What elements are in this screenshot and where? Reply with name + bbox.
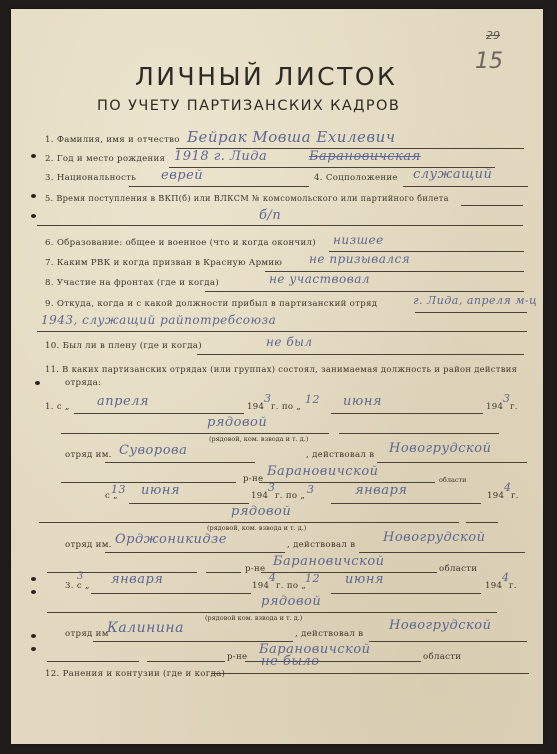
unit-3-area-line [369, 641, 527, 642]
field-5-line-a [461, 205, 523, 206]
field-5-label: 5. Время поступления в ВКП(б) или ВЛКСМ … [45, 193, 449, 203]
field-10-label: 10. Был ли в плену (где и когда) [45, 341, 202, 351]
field-2-struck: Барановичская [309, 149, 421, 164]
field-12-value: не было [261, 654, 320, 669]
unit-2-to-year: 194 [487, 491, 504, 501]
punch-hole [35, 381, 40, 385]
unit-2-detachment-label: отряд им. [65, 540, 112, 550]
unit-2-oblast-label: области [439, 564, 477, 574]
unit-2-position: рядовой [231, 504, 291, 519]
punch-hole [31, 647, 36, 651]
unit-1-position-line-2 [339, 433, 499, 434]
punch-hole [31, 634, 36, 638]
field-9-label: 9. Откуда, когда и с какой должности при… [45, 299, 377, 309]
unit-1-district: Барановичской [267, 464, 379, 479]
field-12-line [211, 673, 529, 674]
unit-1-position-line [61, 433, 329, 434]
unit-1-to-day: 12 [305, 393, 320, 406]
unit-3-position: рядовой [261, 594, 321, 609]
document-title: ЛИЧНЫЙ ЛИСТОК [135, 62, 397, 91]
field-11-label-2: отряда: [65, 378, 101, 388]
unit-2-detachment-line [105, 552, 285, 553]
field-1-value: Бейрак Мовша Ехилевич [187, 128, 396, 146]
corner-number: 29 [486, 29, 500, 42]
unit-3-to-year: 194 [485, 581, 502, 591]
unit-2-to-month: января [355, 483, 407, 498]
unit-3-to-line [331, 593, 481, 594]
field-3-label: 3. Национальность [45, 173, 136, 183]
unit-2-position-line [39, 522, 459, 523]
document-subtitle: ПО УЧЕТУ ПАРТИЗАНСКИХ КАДРОВ [97, 98, 400, 114]
unit-3-to-day: 12 [305, 572, 320, 585]
field-2-value: 1918 г. Лида [174, 149, 267, 164]
field-2-label: 2. Год и место рождения [45, 154, 165, 164]
unit-2-from-month: июня [141, 483, 180, 498]
unit-1-from-month: апреля [97, 394, 149, 409]
field-7-value: не призывался [309, 252, 410, 266]
unit-2-detachment: Орджоникидзе [115, 532, 227, 547]
unit-1-to-month: июня [343, 394, 382, 409]
field-3-value: еврей [161, 168, 203, 183]
field-9-value: г. Лида, апреля м-ц [413, 294, 537, 307]
unit-3-detachment: Калинина [107, 620, 184, 636]
unit-1-position: рядовой [207, 415, 267, 430]
unit-1-from-year: 194 [247, 402, 264, 412]
unit-2-position-hint: (рядовой, ком. взвода и т. д.) [207, 524, 306, 532]
unit-3-from-day: 3 [77, 571, 84, 582]
unit-3-to-word: г. по „ [276, 581, 306, 591]
punch-hole [31, 590, 36, 594]
punch-hole [31, 577, 36, 581]
unit-2-acted-label: , действовал в [287, 540, 355, 550]
unit-1-area: Новогрудской [389, 441, 491, 456]
field-5-line-b [37, 225, 523, 226]
field-4-line [403, 186, 528, 187]
unit-1-area-line [377, 462, 527, 463]
unit-3-position-line [47, 612, 497, 613]
unit-2-position-line-2 [466, 522, 498, 523]
punch-hole [31, 194, 36, 198]
unit-3-from-month: января [111, 572, 163, 587]
field-8-value: не участвовал [269, 272, 370, 286]
unit-1-to-line [331, 413, 483, 414]
unit-2-to-day: 3 [307, 483, 315, 496]
unit-2-area-line [359, 552, 525, 553]
unit-1-oblast-label: области [439, 476, 466, 484]
unit-3-from-year: 194 [252, 581, 269, 591]
unit-3-prefix: 3. с „ [65, 581, 90, 591]
field-7-label: 7. Каким РВК и когда призван в Красную А… [45, 258, 282, 268]
unit-3-detachment-label: отряд им [65, 629, 109, 639]
punch-hole [31, 214, 36, 218]
field-12-label: 12. Ранения и контузии (где и когда) [45, 669, 225, 679]
unit-1-to-word: г. по „ [271, 402, 301, 412]
unit-3-position-hint: (рядовой ком. взвода и т. д.) [205, 614, 302, 622]
unit-3-acted-label: , действовал в [295, 629, 363, 639]
unit-2-area: Новогрудской [383, 530, 485, 545]
unit-2-district: Барановичской [273, 554, 385, 569]
punch-hole [31, 154, 36, 158]
unit-3-to-month: июня [345, 572, 384, 587]
unit-2-from-day: 13 [111, 483, 126, 496]
field-6-label: 6. Образование: общее и военное (что и к… [45, 238, 316, 248]
unit-2-year-suffix: г. [511, 491, 519, 501]
unit-1-prefix: 1. с „ [45, 402, 70, 412]
unit-1-position-hint: (рядовой, ком. взвода и т. д.) [209, 435, 308, 443]
field-6-value: низшее [333, 233, 384, 247]
page-number: 15 [475, 49, 503, 74]
unit-1-detachment-line [105, 462, 255, 463]
unit-1-district-line [259, 482, 435, 483]
field-5-value: б/п [259, 208, 281, 223]
field-8-line [205, 291, 524, 292]
unit-3-year-suffix: г. [509, 581, 517, 591]
field-4-value: служащий [413, 167, 492, 182]
unit-1-detachment-label: отряд им. [65, 450, 112, 460]
field-10-line [197, 354, 524, 355]
field-10-value: не был [266, 335, 313, 349]
field-9-line-b [37, 331, 527, 332]
unit-1-year-suffix: г. [510, 402, 518, 412]
unit-2-to-word: г. по „ [275, 491, 305, 501]
field-3-line [129, 186, 309, 187]
field-8-label: 8. Участие на фронтах (где и когда) [45, 278, 219, 288]
field-9-line-a [415, 312, 527, 313]
unit-1-detachment: Суворова [119, 443, 187, 458]
field-1-label: 1. Фамилия, имя и отчество [45, 135, 180, 145]
field-11-label: 11. В каких партизанских отрядах (или гр… [45, 364, 517, 374]
unit-2-from-year: 194 [251, 491, 268, 501]
unit-3-district-line-b [147, 661, 225, 662]
unit-1-from-line [74, 413, 244, 414]
unit-3-from-line [91, 593, 251, 594]
field-4-label: 4. Соцположение [314, 173, 398, 183]
unit-2-to-line [331, 503, 481, 504]
document-page: 29 15 ЛИЧНЫЙ ЛИСТОК ПО УЧЕТУ ПАРТИЗАНСКИ… [11, 9, 543, 744]
unit-1-acted-label: , действовал в [306, 450, 374, 460]
unit-3-area: Новогрудской [389, 618, 491, 633]
unit-2-district-line-b [206, 572, 241, 573]
field-9-value-2: 1943, служащий райпотребсоюза [41, 313, 276, 327]
unit-3-district-line-a [47, 661, 139, 662]
unit-3-oblast-label: области [423, 652, 461, 662]
unit-1-to-year: 194 [486, 402, 503, 412]
